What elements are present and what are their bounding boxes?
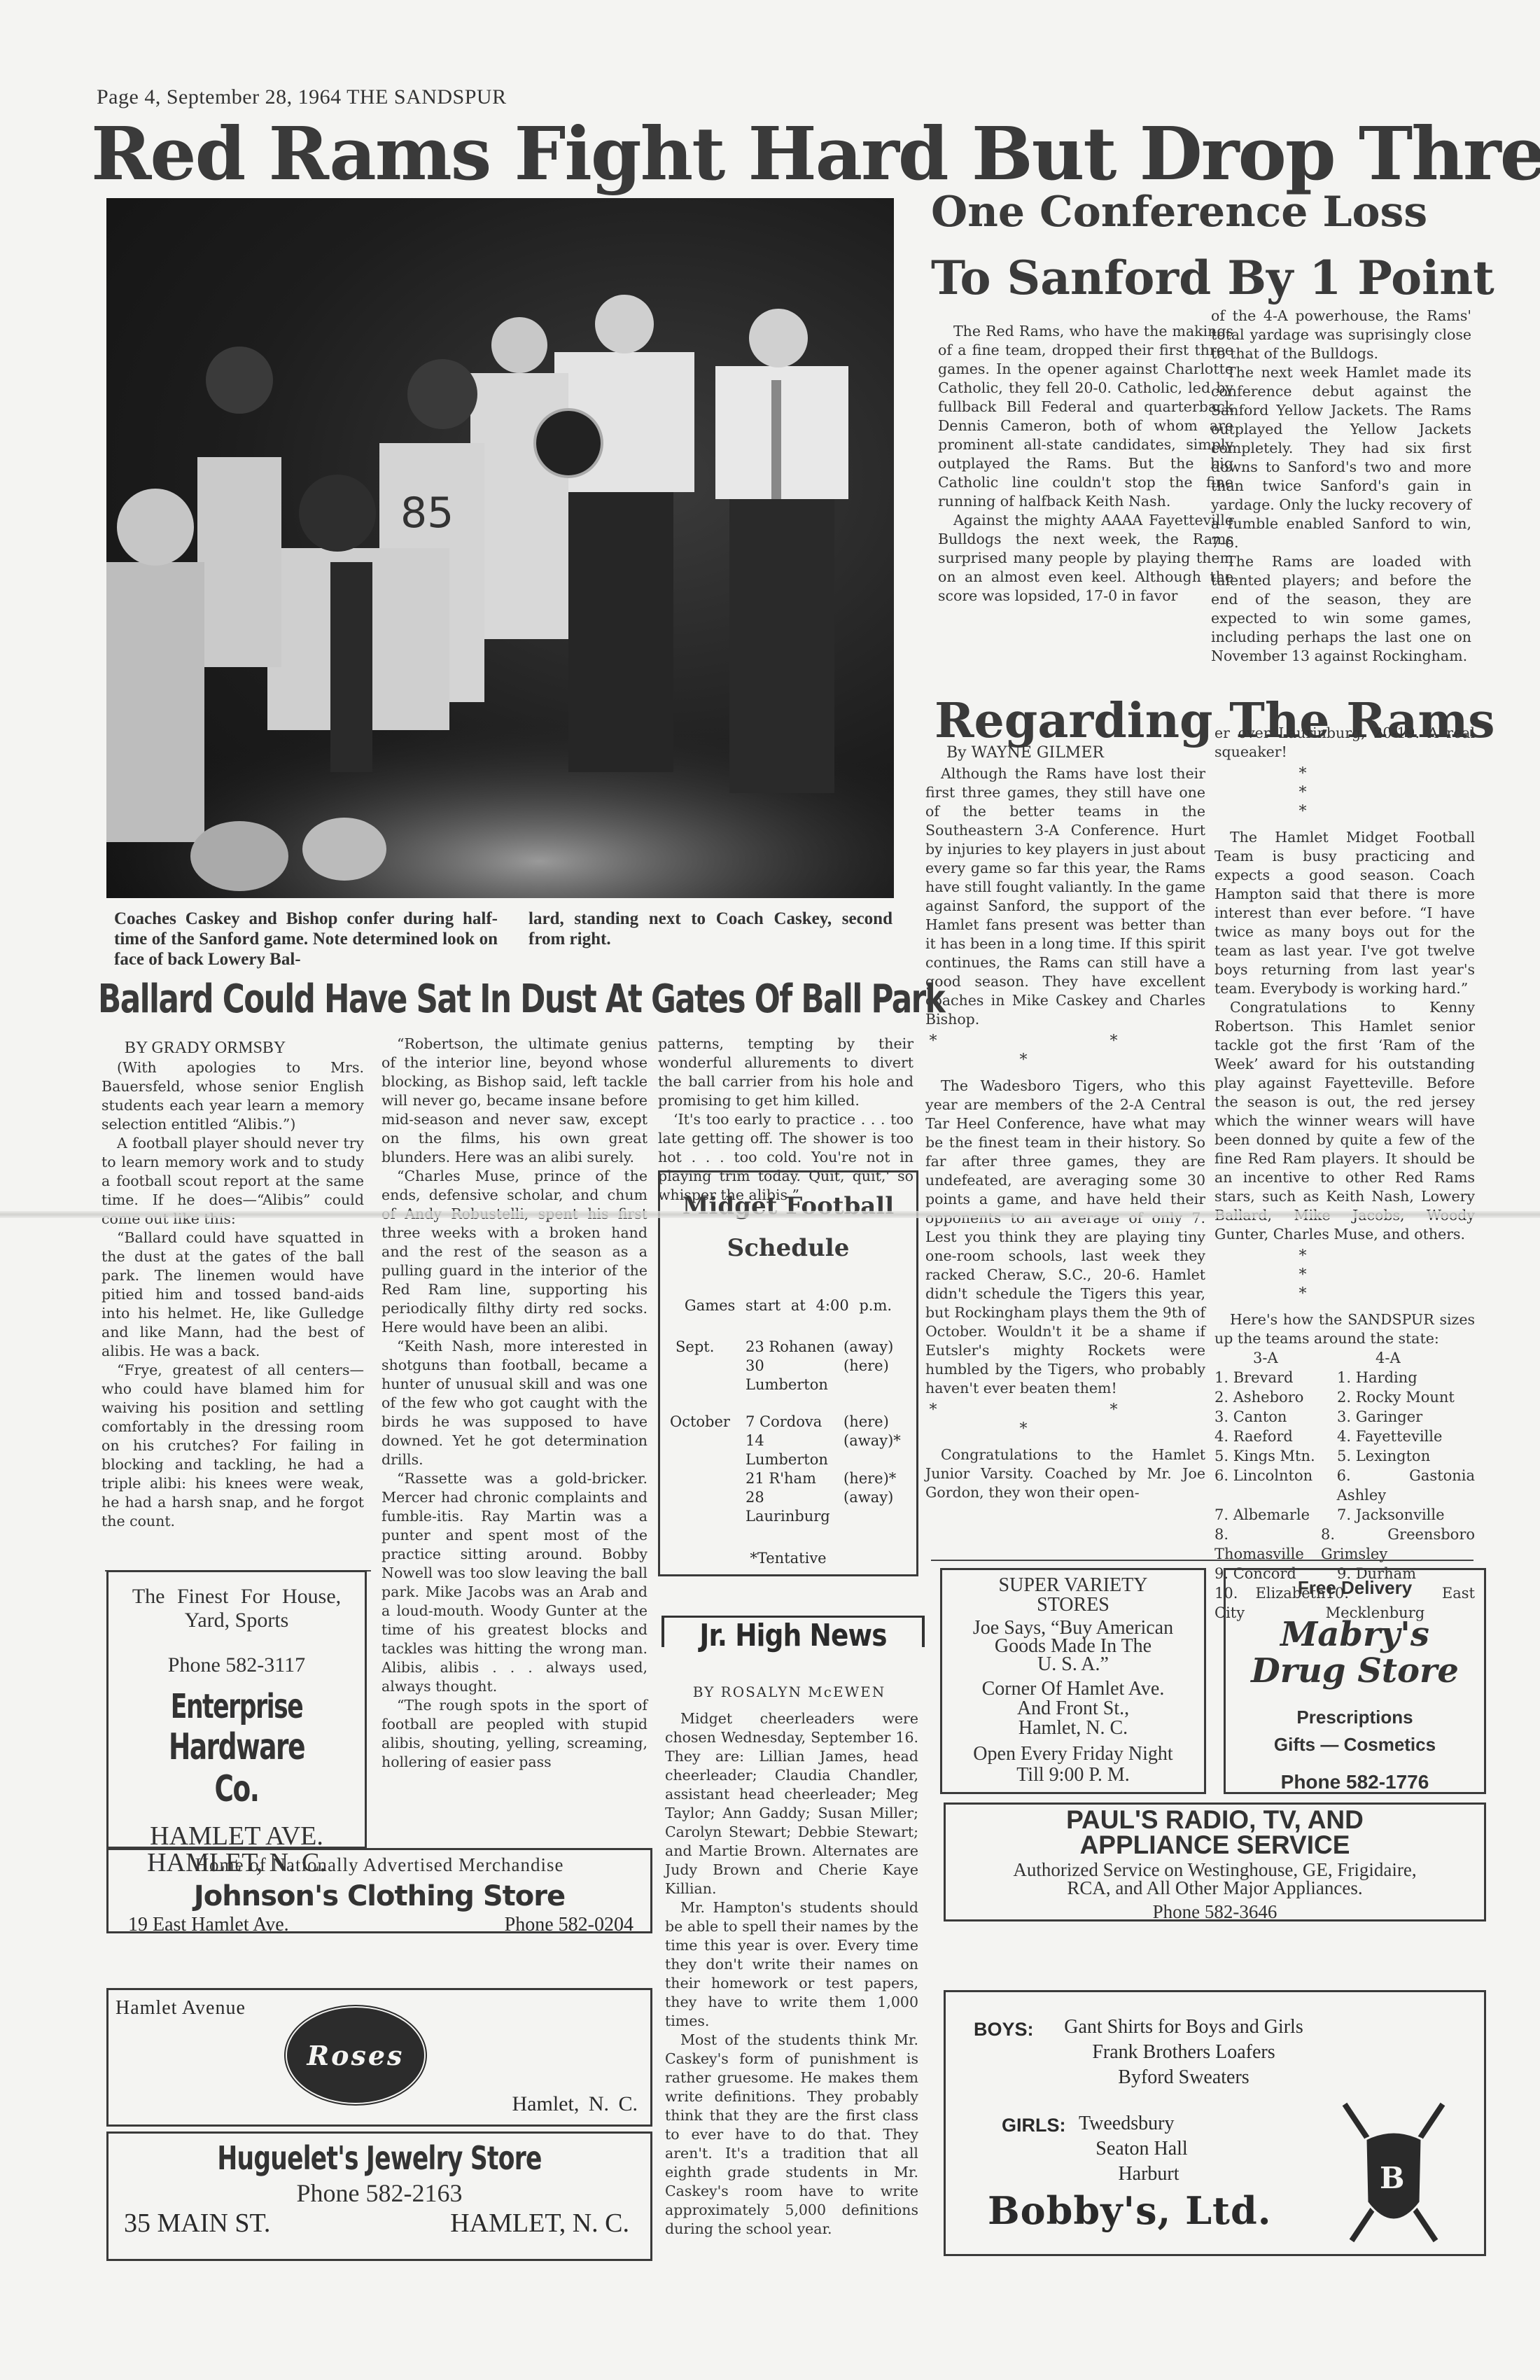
rankings-4a-header: 4-A [1375,1348,1401,1368]
ballard-col2: “Robertson, the ultimate genius of the i… [381,1035,647,1772]
ad-description: RCA, and All Other Major Appliances. [946,1879,1484,1897]
paragraph: Against the mighty AAAA Fayetteville Bul… [938,511,1233,605]
jr-high-headline: Jr. High News [684,1618,903,1653]
roses-logo-text: Roses [307,2040,405,2071]
schedule-location: (away)* [843,1431,901,1469]
ranking-3a: 1. Brevard [1214,1368,1337,1387]
ad-girls-items: Tweedsbury Seaton Hall Harburt [1079,2111,1191,2187]
ad-address: HAMLET AVE. [108,1823,365,1849]
ranking-row: 1. Brevard1. Harding [1214,1368,1475,1387]
schedule-game: 21 R'ham [745,1469,843,1488]
regarding-byline: By WAYNE GILMER [946,744,1104,762]
ad-description: Authorized Service on Westinghouse, GE, … [946,1861,1484,1879]
ad-address: Hamlet Avenue [115,1997,246,2019]
midget-schedule-box: Midget Football Schedule Games start at … [658,1170,918,1576]
jr-high-header-frame: Jr. High News [661,1616,925,1647]
paragraph: “Rassette was a gold-bricker. Mercer had… [381,1469,647,1696]
conference-story-col1: The Red Rams, who have the makings of a … [938,322,1233,605]
ad-business-name: Hardware Co. [144,1726,329,1810]
schedule-row: 21 R'ham (here)* [670,1469,916,1488]
ad-hours: Open Every Friday Night [942,1744,1204,1765]
ranking-row: 6. Lincolnton6. Gastonia Ashley [1214,1466,1475,1505]
schedule-location: (away) [843,1338,893,1357]
schedule-location: (here)* [843,1469,896,1488]
conference-headline-line2: To Sanford By 1 Point [931,251,1494,305]
schedule-game: 28 Laurinburg [745,1488,843,1526]
ad-business-name: STORES [942,1595,1204,1615]
ad-phone: Phone 582-3646 [946,1901,1484,1923]
rankings-header: 3-A 4-A [1214,1348,1475,1368]
schedule-game: 23 Rohanen [745,1338,843,1357]
ranking-3a: 8. Thomasville [1214,1525,1321,1564]
ranking-4a: 6. Gastonia Ashley [1337,1466,1475,1505]
schedule-row: 28 Laurinburg (away) [670,1488,916,1526]
ranking-3a: 4. Raeford [1214,1427,1337,1446]
section-divider: * * * [1214,1247,1475,1303]
ad-pauls-radio-tv: PAUL'S RADIO, TV, AND APPLIANCE SERVICE … [944,1802,1486,1921]
ad-business-name: Enterprise [144,1687,329,1726]
section-divider: * * * [1214,764,1475,821]
ad-mabrys-drug-store: Free Delivery Mabry's Drug Store Prescri… [1224,1568,1486,1794]
paragraph: er over Laurinburg, 20-19. A real squeak… [1214,724,1475,762]
schedule-game: 30 Lumberton [745,1357,843,1394]
ad-boys-items: Gant Shirts for Boys and Girls Frank Bro… [1051,2015,1317,2090]
paragraph: “Charles Muse, prince of the ends, defen… [381,1167,647,1337]
ad-slogan: U. S. A.” [942,1655,1204,1674]
paragraph: patterns, tempting by their wonderful al… [658,1035,913,1110]
ad-address: 35 MAIN ST. [124,2208,270,2239]
paragraph: “Keith Nash, more interested in shotguns… [381,1337,647,1469]
ad-item: Seaton Hall [1079,2136,1191,2162]
ad-footer: 35 MAIN ST. HAMLET, N. C. [108,2208,650,2239]
ad-address: Hamlet, N. C. [942,1718,1204,1738]
ad-item: Gant Shirts for Boys and Girls [1051,2015,1317,2040]
ad-boys-label: BOYS: [974,2019,1034,2040]
schedule-month-sept: Sept. 23 Rohanen (away) 30 Lumberton (he… [660,1338,916,1394]
schedule-row: Sept. 23 Rohanen (away) [675,1338,916,1357]
ad-girls-label: GIRLS: [1002,2115,1066,2136]
paragraph: “Robertson, the ultimate genius of the i… [381,1035,647,1167]
ad-phone: Phone 582-2163 [108,2178,650,2208]
ranking-4a: 7. Jacksonville [1337,1505,1445,1525]
ad-business-name: Bobby's, Ltd. [988,2188,1272,2233]
roses-logo-icon: Roses [287,2008,424,2103]
svg-text:85: 85 [400,489,454,538]
paragraph: The Red Rams, who have the makings of a … [938,322,1233,511]
paragraph: Although the Rams have lost their first … [925,764,1205,1029]
regarding-col1: Although the Rams have lost their first … [925,764,1205,1502]
paragraph: The Hamlet Midget Football Team is busy … [1214,828,1475,998]
ranking-3a: 7. Albemarle [1214,1505,1337,1525]
section-divider: * * * [925,1032,1205,1070]
ad-hours: Till 9:00 P. M. [942,1765,1204,1786]
paragraph: The next week Hamlet made its conference… [1211,363,1471,552]
ballard-col1: (With apologies to Mrs. Bauersfeld, whos… [101,1058,364,1531]
schedule-row: October 7 Cordova (here) [670,1413,916,1431]
schedule-month: Sept. [675,1338,745,1357]
conference-headline-line1: One Conference Loss [931,188,1427,237]
paragraph: “Ballard could have squatted in the dust… [101,1228,364,1361]
photo-caption-left: Coaches Caskey and Bishop confer during … [114,909,498,969]
schedule-location: (here) [843,1413,889,1431]
paragraph: Congratulations to the Hamlet Junior Var… [925,1445,1205,1502]
ad-tagline: Home of Nationally Advertised Merchandis… [108,1854,650,1876]
ad-phone: Phone 582-3117 [108,1653,365,1677]
ad-business-name: Drug Store [1226,1652,1484,1690]
ad-phone: Phone 582-1776 [1226,1771,1484,1793]
paragraph: “The rough spots in the sport of footbal… [381,1696,647,1772]
schedule-game: 7 Cordova [745,1413,843,1431]
ad-item: Byford Sweaters [1051,2065,1317,2090]
ranking-row: 4. Raeford4. Fayetteville [1214,1427,1475,1446]
ad-address: 19 East Hamlet Ave. [128,1914,289,1936]
ranking-4a: 5. Lexington [1337,1446,1430,1466]
column-rule [931,1560,1473,1561]
main-headline: Red Rams Fight Hard But Drop Three [91,112,1470,196]
photo-illustration-icon: 85 [106,198,894,898]
jr-high-story: Midget cheerleaders were chosen Wednesda… [665,1709,918,2239]
ad-enterprise-hardware: The Finest For House, Yard, Sports Phone… [106,1570,367,1849]
schedule-location: (here) [843,1357,889,1394]
ranking-3a: 3. Canton [1214,1407,1337,1427]
schedule-location: (away) [843,1488,893,1526]
ranking-4a: 2. Rocky Mount [1337,1387,1455,1407]
photo-caption-right: lard, standing next to Coach Caskey, sec… [528,909,892,949]
ranking-3a: 2. Asheboro [1214,1387,1337,1407]
schedule-footnote: *Tentative [660,1550,916,1567]
ranking-row: 7. Albemarle7. Jacksonville [1214,1505,1475,1525]
ranking-4a: 1. Harding [1337,1368,1417,1387]
ranking-row: 2. Asheboro2. Rocky Mount [1214,1387,1475,1407]
ad-city: Hamlet, N. C. [512,2092,638,2116]
ad-tagline: Yard, Sports [108,1609,365,1632]
svg-text:B: B [1380,2161,1405,2195]
paragraph: Congratulations to Kenny Robertson. This… [1214,998,1475,1244]
paragraph: The Wadesboro Tigers, who this year are … [925,1077,1205,1398]
ad-item: Frank Brothers Loafers [1051,2040,1317,2065]
ad-city: HAMLET, N. C. [450,2208,629,2239]
ballard-headline: Ballard Could Have Sat In Dust At Gates … [98,976,944,1022]
ad-super-variety: SUPER VARIETY STORES Joe Says, “Buy Amer… [940,1568,1206,1794]
ad-tagline: Free Delivery [1226,1577,1484,1599]
schedule-row: 14 Lumberton (away)* [670,1431,916,1469]
paragraph: (With apologies to Mrs. Bauersfeld, whos… [101,1058,364,1134]
ballard-byline: BY GRADY ORMSBY [125,1039,286,1058]
ad-roses: Hamlet Avenue Roses Hamlet, N. C. [106,1988,652,2127]
schedule-month: October [670,1413,745,1431]
schedule-start-time: Games start at 4:00 p.m. [660,1297,916,1314]
paragraph: of the 4-A powerhouse, the Rams' total y… [1211,307,1471,363]
ranking-3a: 5. Kings Mtn. [1214,1446,1337,1466]
ad-johnsons-clothing: Home of Nationally Advertised Merchandis… [106,1848,652,1933]
ad-huguelets-jewelry: Huguelet's Jewelry Store Phone 582-2163 … [106,2131,652,2261]
ad-business-name: SUPER VARIETY [942,1576,1204,1595]
ad-service: Prescriptions [1226,1707,1484,1728]
regarding-col2: er over Laurinburg, 20-19. A real squeak… [1214,724,1475,1623]
ad-item: Tweedsbury [1079,2111,1191,2136]
ad-business-name: APPLIANCE SERVICE [946,1833,1484,1858]
ad-address: Corner Of Hamlet Ave. [942,1679,1204,1699]
ad-business-name: Huguelet's Jewelry Store [176,2139,583,2177]
section-divider: * * * [925,1401,1205,1438]
ad-business-name: Johnson's Clothing Store [108,1880,650,1912]
ad-tagline: The Finest For House, [108,1585,365,1609]
ad-business-name: Mabry's [1226,1617,1484,1652]
ranking-4a: 8. Greensboro Grimsley [1321,1525,1475,1564]
ad-footer: 19 East Hamlet Ave. Phone 582-0204 [108,1912,650,1936]
paragraph: “Frye, greatest of all centers—who could… [101,1361,364,1531]
paragraph: Midget cheerleaders were chosen Wednesda… [665,1709,918,1898]
page-folio: Page 4, September 28, 1964 THE SANDSPUR [97,85,507,109]
ranking-row: 5. Kings Mtn.5. Lexington [1214,1446,1475,1466]
ranking-row: 3. Canton3. Garinger [1214,1407,1475,1427]
jr-high-byline: BY ROSALYN McEWEN [658,1683,920,1700]
football-team-photo: 85 [106,198,894,898]
ad-phone: Phone 582-0204 [505,1914,633,1936]
conference-story-col2: of the 4-A powerhouse, the Rams' total y… [1211,307,1471,666]
crest-icon: B [1338,2097,1450,2248]
paragraph: Mr. Hampton's students should be able to… [665,1898,918,2031]
ad-bobbys-ltd: BOYS: Gant Shirts for Boys and Girls Fra… [944,1990,1486,2256]
paragraph: The Rams are loaded with talented player… [1211,552,1471,666]
schedule-month-october: October 7 Cordova (here) 14 Lumberton (a… [660,1413,916,1526]
ranking-4a: 4. Fayetteville [1337,1427,1442,1446]
ad-address: And Front St., [942,1699,1204,1718]
ad-item: Harburt [1079,2162,1191,2187]
paragraph: Most of the students think Mr. Caskey's … [665,2031,918,2239]
schedule-row: 30 Lumberton (here) [675,1357,916,1394]
ad-business-name: PAUL'S RADIO, TV, AND [946,1807,1484,1833]
schedule-game: 14 Lumberton [745,1431,843,1469]
ranking-3a: 6. Lincolnton [1214,1466,1337,1505]
ranking-4a: 3. Garinger [1337,1407,1422,1427]
paragraph: Here's how the SANDSPUR sizes up the tea… [1214,1310,1475,1348]
ad-service: Gifts — Cosmetics [1226,1734,1484,1756]
paper-fold-crease [0,1211,1540,1218]
schedule-title-line2: Schedule [660,1234,916,1262]
rankings-3a-header: 3-A [1253,1348,1375,1368]
ranking-row: 8. Thomasville8. Greensboro Grimsley [1214,1525,1475,1564]
